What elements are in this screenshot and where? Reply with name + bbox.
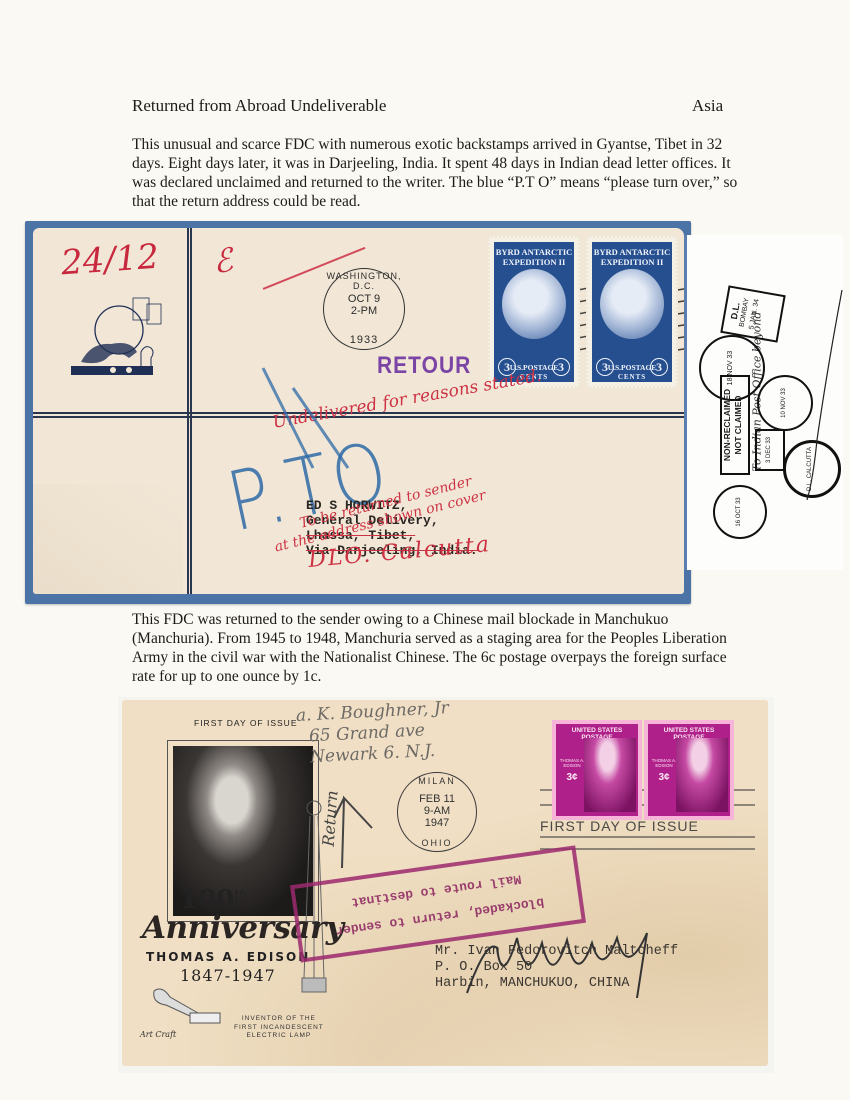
postmark-city: MILAN [398,776,476,786]
postmark-date-time: FEB 11 9-AM 1947 [398,793,476,829]
postmark-state: OHIO [398,838,476,848]
region-label: Asia [692,96,723,116]
postmark-milan: MILAN FEB 11 9-AM 1947 OHIO [397,772,477,852]
red-scribble-mark: ℰ [210,241,236,282]
page-heading: Returned from Abroad Undeliverable [132,96,386,116]
cachet-name: THOMAS A. EDISON [146,950,310,964]
manuscript-date: 24/12 [60,237,161,284]
cover-byrd-envelope: 24/12 ℰ WASHINGTON, D.C. OCT 9 2-PM 1933… [33,228,684,594]
edison-stamp-portrait [584,738,636,812]
gyantse-backstamp-2: 16 OCT 33 [713,485,767,539]
cachet-years: 1847-1947 [180,966,276,985]
stamp-edison-1: UNITED STATES POSTAGE THOMAS A. EDISON 3… [552,720,642,820]
cachet-inventor-text: INVENTOR OF THE FIRST INCANDESCENT ELECT… [234,1015,324,1041]
phonograph-icon [152,987,227,1027]
envelope-flap-line-icon [787,290,847,500]
description-edison-cover: This FDC was returned to the sender owin… [132,610,732,686]
edison-stamp-portrait [676,738,728,812]
postmark-year: 1933 [324,334,404,346]
stamp-title: BYRD ANTARCTICEXPEDITION II [592,242,672,267]
pencil-arrow-icon [332,788,392,868]
cover-edison-envelope: FIRST DAY OF ISSUE 100th Anniversary THO… [122,700,768,1066]
stamp-byrd-2: BYRD ANTARCTICEXPEDITION II 3 U.S.POSTAG… [586,236,678,388]
cover-byrd-backside: To Indian Post Office beyond D.L. BOMBAY… [684,235,843,570]
globe-icon [600,269,664,339]
date-box-backstamp: 3 DEC 33 [755,429,785,471]
stamp-title: BYRD ANTARCTICEXPEDITION II [494,242,574,267]
stamp-edison-2: UNITED STATES POSTAGE THOMAS A. EDISON 3… [644,720,734,820]
postmark-time: 2-PM [324,305,404,317]
non-reclaimed-box: NON-RECLAIMED NOT CLAIMED [720,375,750,475]
retour-handstamp: RETOUR [377,352,471,380]
cachet-divider [187,228,189,594]
machine-cancel-text: FIRST DAY OF ISSUE [540,818,699,834]
pencil-scrawl-icon [457,928,677,998]
description-byrd-cover: This unusual and scarce FDC with numerou… [132,135,742,211]
stamp-byrd-1: BYRD ANTARCTICEXPEDITION II 3 U.S.POSTAG… [488,236,580,388]
stamp-unit: CENTS [592,373,672,381]
cachet-header: FIRST DAY OF ISSUE [194,718,298,728]
postmark-date: OCT 9 [324,293,404,305]
postmark-city: WASHINGTON, D.C. [324,271,404,291]
cachet-divider [190,228,192,594]
blue-slash-marks-icon [253,358,373,478]
sender-address-pencil: a. K. Boughner, Jr 65 Grand ave Newark 6… [295,700,451,769]
postmark-washington: WASHINGTON, D.C. OCT 9 2-PM 1933 [323,268,405,350]
cachet-maker-logo: Art Craft [140,1030,176,1039]
postmark-date-time: OCT 9 2-PM [324,293,404,317]
globe-icon [502,269,566,339]
